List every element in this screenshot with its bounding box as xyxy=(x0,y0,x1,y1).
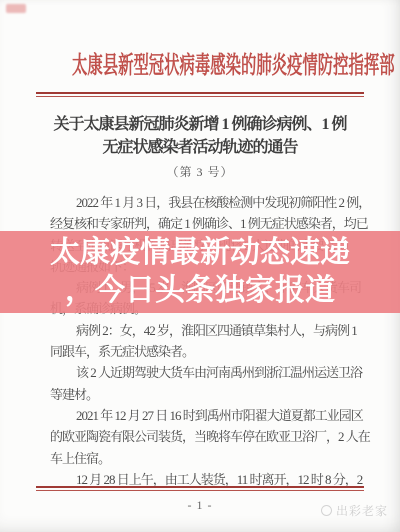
body-line: 等建材。 xyxy=(50,384,366,405)
body-line: 该 2 人近期驾驶大货车由河南禹州到浙江温州运送卫浴 xyxy=(50,362,366,383)
watermark-text: 出彩老家 xyxy=(336,502,388,519)
scanned-document-page: 太康县新型冠状病毒感染的肺炎疫情防控指挥部 关于太康县新冠肺炎新增 1 例确诊病… xyxy=(0,0,400,532)
body-line: 2022 年 1 月 3 日，我县在核酸检测中发现初筛阳性 2 例， xyxy=(50,192,366,213)
overlay-banner-line1: 太康疫情最新动态速递 xyxy=(0,234,400,272)
document-title-line1: 关于太康县新冠肺炎新增 1 例确诊病例、1 例 xyxy=(0,113,400,136)
overlay-banner-line2: ，今日头条独家报道 xyxy=(0,272,400,310)
footer-double-rule xyxy=(36,486,364,491)
body-line: 的欧亚陶瓷有限公司装货，当晚将车停在欧亚卫浴厂，2 人在 xyxy=(50,426,366,447)
watermark: 出彩老家 xyxy=(321,502,388,519)
body-line: 2021 年 12 月 27 日 16 时到禹州市阳翟大道夏都工业园区 xyxy=(50,405,366,426)
rule-thin xyxy=(36,490,364,491)
document-title: 关于太康县新冠肺炎新增 1 例确诊病例、1 例 无症状感染者活动轨迹的通告 xyxy=(0,113,400,159)
body-line: 病例 2：女，42 岁，淮阳区四通镇草集村人，与病例 1 xyxy=(50,320,366,341)
red-smudge-icon xyxy=(6,4,26,13)
circle-logo-icon xyxy=(321,505,332,516)
overlay-banner: 太康疫情最新动态速递 ，今日头条独家报道 xyxy=(0,231,400,313)
rule-thick xyxy=(36,92,364,94)
document-title-line2: 无症状感染者活动轨迹的通告 xyxy=(0,136,400,159)
body-line: 同跟车，系无症状感染者。 xyxy=(50,341,366,362)
header-double-rule xyxy=(36,92,364,97)
rule-thick xyxy=(36,486,364,488)
document-number: （第 3 号） xyxy=(0,164,400,180)
body-line: 车上住宿。 xyxy=(50,448,366,469)
rule-thin xyxy=(36,96,364,97)
header-org-title: 太康县新型冠状病毒感染的肺炎疫情防控指挥部 xyxy=(72,48,328,84)
